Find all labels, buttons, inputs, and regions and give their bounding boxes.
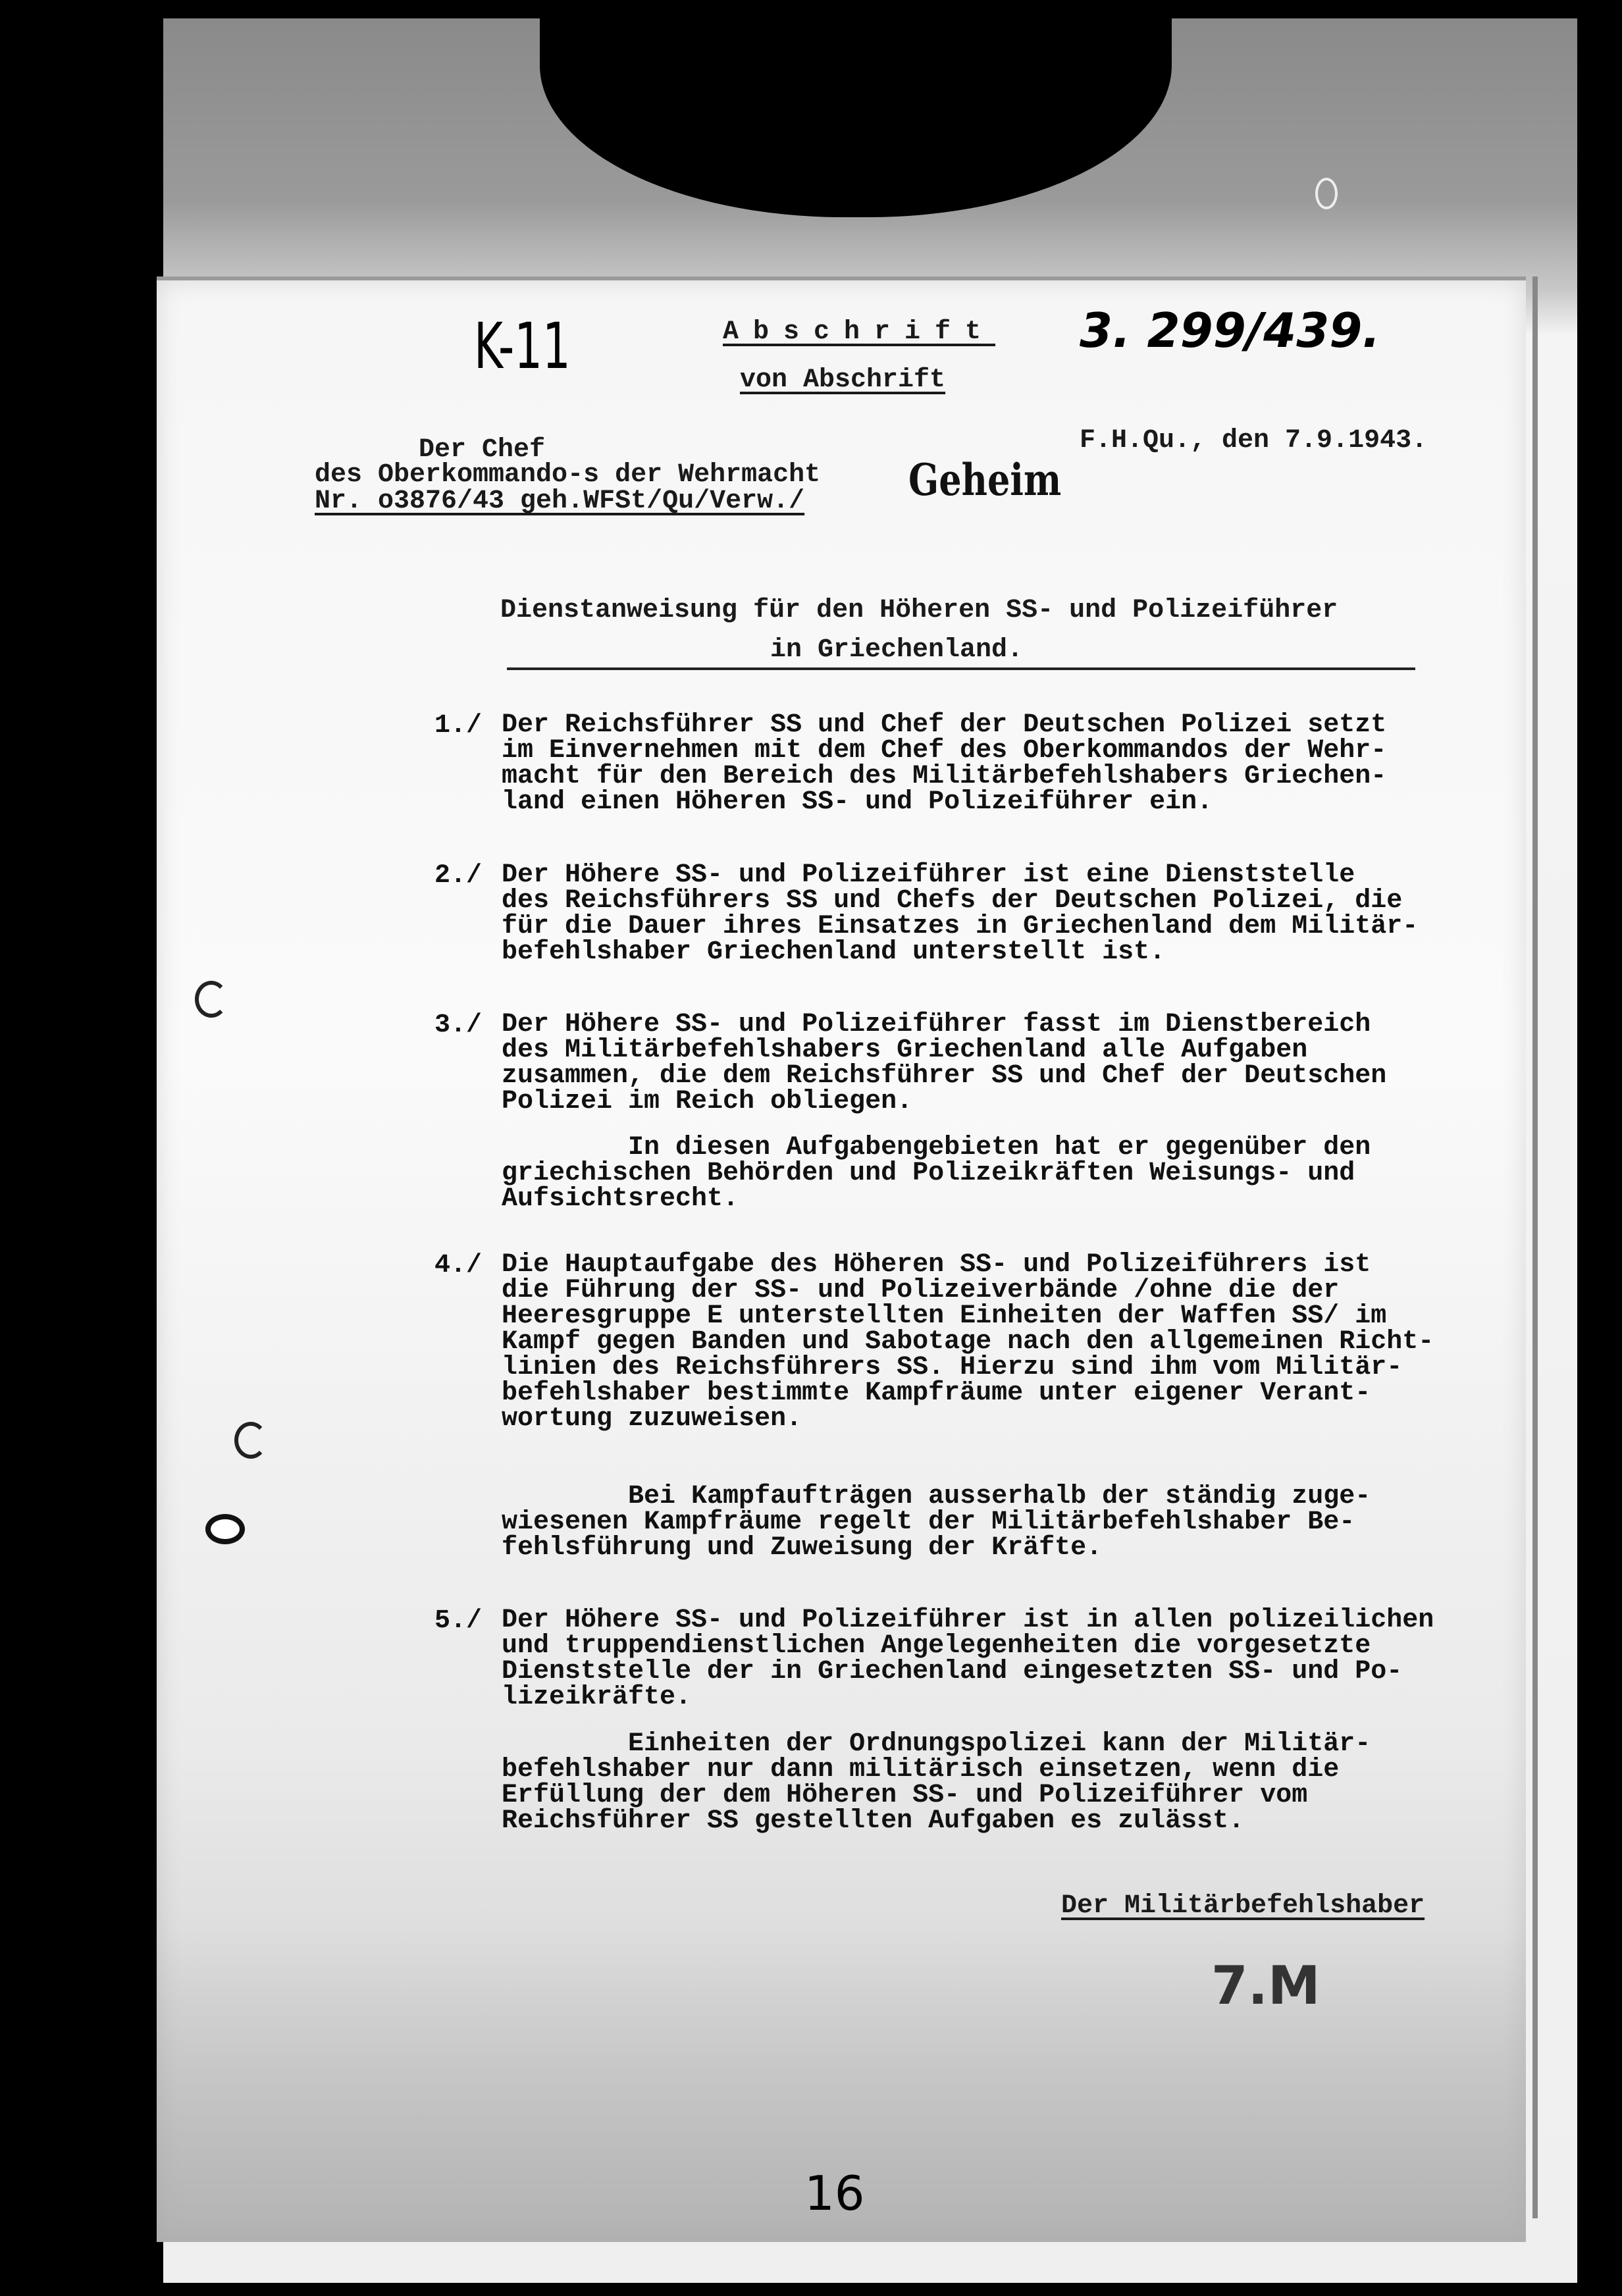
subject-line-1: Dienstanweisung für den Höheren SS- und … (500, 598, 1338, 624)
signature-block: Der Militärbefehlshaber (1061, 1893, 1425, 1919)
paragraph-number: 2./ (434, 861, 482, 891)
file-reference-number: Nr. o3876/43 geh.WFSt/Qu/Verw./ (315, 488, 804, 515)
paragraph-continuation-line: Aufsichtsrecht. (502, 1185, 739, 1214)
handwritten-page-number: 16 (804, 2166, 865, 2221)
punch-hole (1315, 178, 1338, 209)
sender-line-2: des Oberkommando-s der Wehrmacht (315, 462, 820, 488)
handwritten-file-ref: K-11 (474, 309, 571, 383)
punch-hole (234, 1422, 267, 1459)
paragraph-number: 5./ (434, 1606, 482, 1636)
handwritten-initials: 7.M (1211, 1955, 1321, 2016)
paragraph-line: Polizei im Reich obliegen. (502, 1087, 912, 1116)
sender-line-1: Der Chef (419, 437, 545, 463)
paragraph-line: land einen Höheren SS- und Polizeiführer… (502, 788, 1213, 817)
paragraph-number: 1./ (434, 711, 482, 741)
paragraph-number: 3./ (434, 1010, 482, 1040)
classification-stamp: Geheim (908, 454, 1061, 506)
document-subtitle: von Abschrift (740, 367, 945, 394)
paragraph-line: befehlshaber Griechenland unterstellt is… (502, 938, 1165, 967)
subject-underline (507, 667, 1415, 670)
punch-hole (205, 1514, 245, 1544)
document-title: Abschrift (723, 319, 995, 346)
place-date: F.H.Qu., den 7.9.1943. (1080, 428, 1427, 454)
paragraph-line: wortung zuzuweisen. (502, 1405, 802, 1434)
handwritten-registry-number: 3. 299/439. (1080, 303, 1380, 358)
subject-line-2: in Griechenland. (770, 637, 1023, 664)
punch-hole (195, 981, 228, 1018)
paragraph-continuation-line: Reichsführer SS gestellten Aufgaben es z… (502, 1807, 1244, 1836)
paragraph-number: 4./ (434, 1251, 482, 1280)
paragraph-continuation-line: fehlsführung und Zuweisung der Kräfte. (502, 1534, 1102, 1563)
page-edge (1532, 276, 1538, 2218)
paragraph-line: lizeikräfte. (502, 1683, 691, 1712)
